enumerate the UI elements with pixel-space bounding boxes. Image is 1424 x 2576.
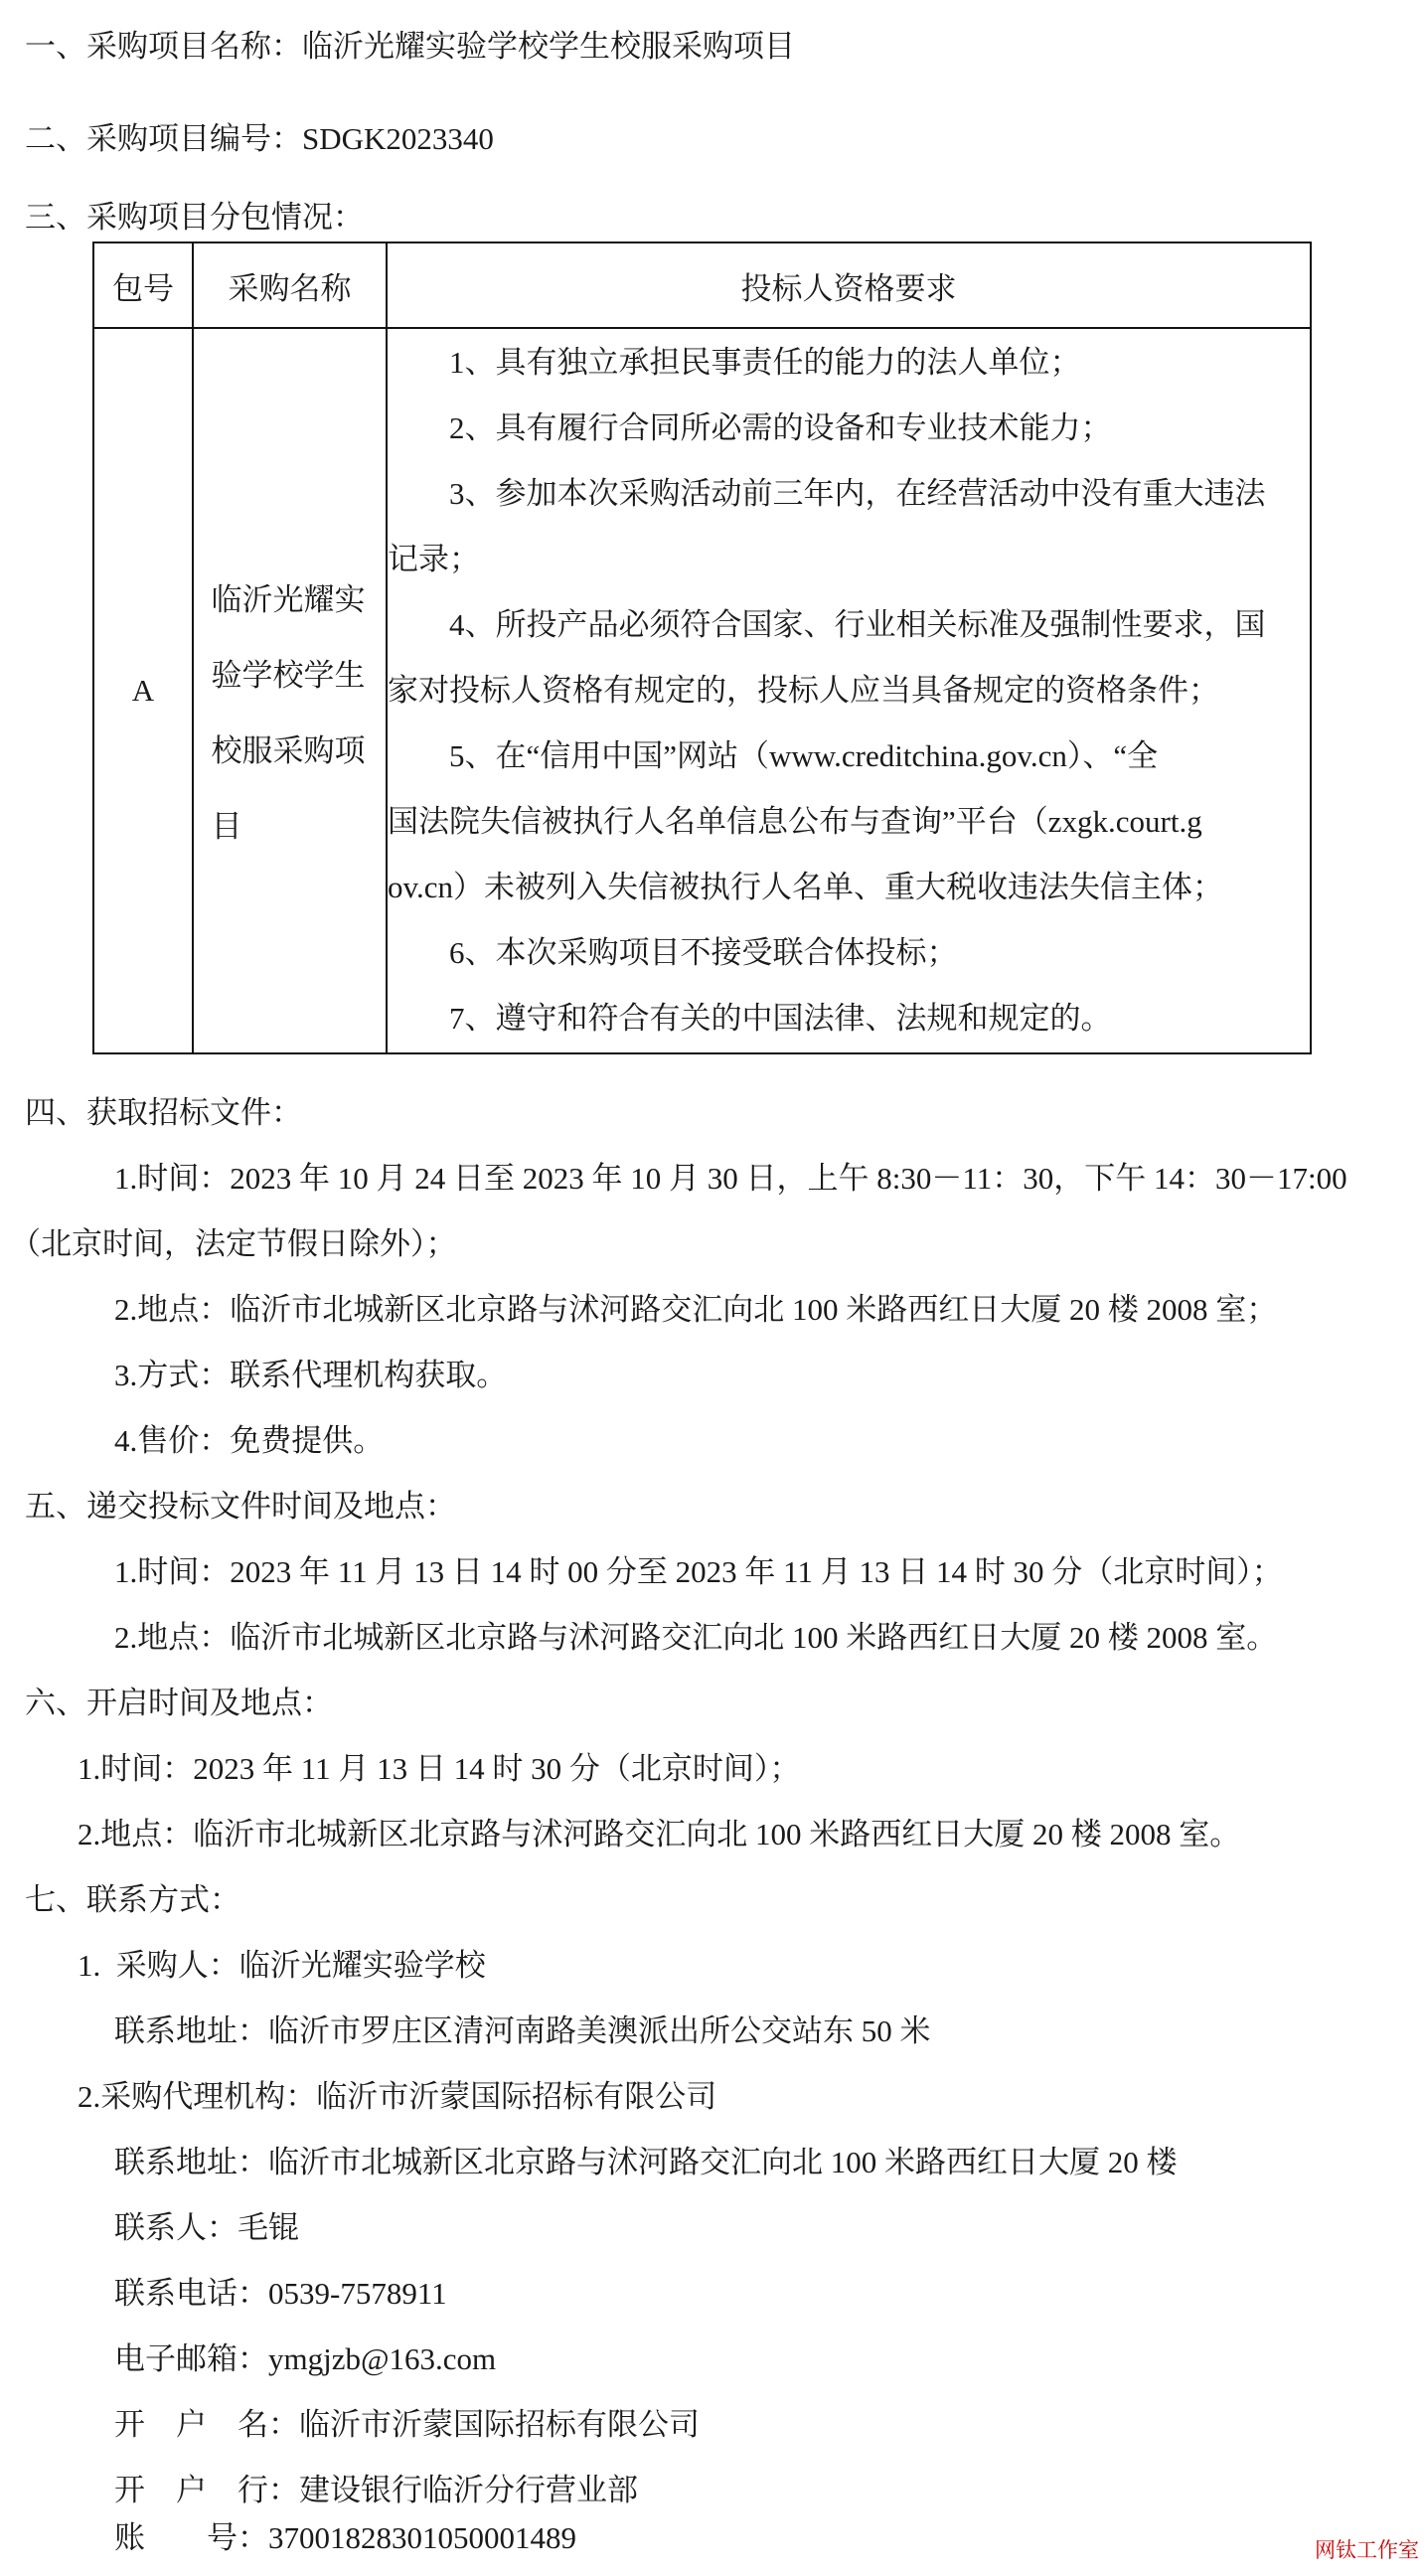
- qualification-line: 家对投标人资格有规定的，投标人应当具备规定的资格条件；: [388, 658, 1310, 724]
- qualification-line: 7、遵守和符合有关的中国法律、法规和规定的。: [388, 986, 1310, 1051]
- watermark: 网钛工作室: [1315, 2534, 1419, 2564]
- doc-acquisition-price: 4.售价：免费提供。: [25, 1408, 1399, 1474]
- section-7-heading: 七、联系方式：: [25, 1867, 1399, 1933]
- account-name-line: 开 户 名：临沂市沂蒙国际招标有限公司: [25, 2392, 1399, 2458]
- opening-time: 1.时间：2023 年 11 月 13 日 14 时 30 分（北京时间）；: [25, 1736, 1399, 1802]
- contact-person-line: 联系人：毛锟: [25, 2195, 1399, 2261]
- packages-heading: 三、采购项目分包情况：: [25, 190, 1399, 245]
- bid-submission-time: 1.时间：2023 年 11 月 13 日 14 时 00 分至 2023 年 …: [25, 1539, 1399, 1605]
- table-header-procurement-name: 采购名称: [193, 242, 387, 328]
- qualification-line: 5、在“信用中国”网站（www.creditchina.gov.cn）、“全: [388, 724, 1310, 789]
- tender-document: 一、采购项目名称：临沂光耀实验学校学生校服采购项目 二、采购项目编号：SDGK2…: [0, 0, 1424, 2571]
- qualification-line: 1、具有独立承担民事责任的能力的法人单位；: [388, 330, 1310, 396]
- qualification-line: 3、参加本次采购活动前三年内，在经营活动中没有重大违法: [388, 461, 1310, 527]
- project-number-line: 二、采购项目编号：SDGK2023340: [25, 104, 1399, 174]
- qualification-line: ov.cn）未被列入失信被执行人名单、重大税收违法失信主体；: [388, 855, 1310, 920]
- package-table: 包号 采购名称 投标人资格要求 A 临沂光耀实验学校学生校服采购项目 1、具有独…: [92, 241, 1312, 1054]
- agency-line: 2.采购代理机构：临沂市沂蒙国际招标有限公司: [25, 2064, 1399, 2130]
- purchaser-address-line: 联系地址：临沂市罗庄区清河南路美澳派出所公交站东 50 米: [25, 1999, 1399, 2064]
- qualification-line: 记录；: [388, 527, 1310, 592]
- procurement-name-cell: 临沂光耀实验学校学生校服采购项目: [193, 328, 387, 1053]
- doc-acquisition-time-note: （北京时间，法定节假日除外）；: [10, 1211, 1399, 1277]
- package-table-row: A 临沂光耀实验学校学生校服采购项目 1、具有独立承担民事责任的能力的法人单位；…: [93, 328, 1311, 1053]
- qualification-list: 1、具有独立承担民事责任的能力的法人单位； 2、具有履行合同所必需的设备和专业技…: [388, 330, 1310, 1051]
- section-4-heading: 四、获取招标文件：: [25, 1080, 1399, 1146]
- bid-submission-place: 2.地点：临沂市北城新区北京路与沭河路交汇向北 100 米路西红日大厦 20 楼…: [25, 1605, 1399, 1671]
- package-table-header-row: 包号 采购名称 投标人资格要求: [93, 242, 1311, 328]
- doc-acquisition-place: 2.地点：临沂市北城新区北京路与沭河路交汇向北 100 米路西红日大厦 20 楼…: [25, 1277, 1399, 1343]
- section-6-heading: 六、开启时间及地点：: [25, 1671, 1399, 1736]
- table-header-qualification: 投标人资格要求: [387, 242, 1311, 328]
- procurement-name-text: 临沂光耀实验学校学生校服采购项目: [212, 563, 369, 865]
- package-no-cell: A: [93, 328, 193, 1053]
- doc-acquisition-method: 3.方式：联系代理机构获取。: [25, 1343, 1399, 1408]
- contact-phone-line: 联系电话：0539-7578911: [25, 2261, 1399, 2327]
- qualification-line: 国法院失信被执行人名单信息公布与查询”平台（zxgk.court.g: [388, 789, 1310, 855]
- email-line: 电子邮箱：ymgjzb@163.com: [25, 2327, 1399, 2392]
- doc-acquisition-time: 1.时间：2023 年 10 月 24 日至 2023 年 10 月 30 日，…: [25, 1146, 1399, 1211]
- qualification-line: 6、本次采购项目不接受联合体投标；: [388, 920, 1310, 986]
- account-number-line: 账 号：37001828301050001489: [25, 2505, 1399, 2571]
- qualification-line: 2、具有履行合同所必需的设备和专业技术能力；: [388, 396, 1310, 461]
- table-header-package-no: 包号: [93, 242, 193, 328]
- agency-address-line: 联系地址：临沂市北城新区北京路与沭河路交汇向北 100 米路西红日大厦 20 楼: [25, 2130, 1399, 2195]
- opening-place: 2.地点：临沂市北城新区北京路与沭河路交汇向北 100 米路西红日大厦 20 楼…: [25, 1802, 1399, 1867]
- purchaser-line: 1. 采购人：临沂光耀实验学校: [25, 1933, 1399, 1999]
- project-name-line: 一、采购项目名称：临沂光耀实验学校学生校服采购项目: [25, 12, 1399, 81]
- qualification-cell: 1、具有独立承担民事责任的能力的法人单位； 2、具有履行合同所必需的设备和专业技…: [387, 328, 1311, 1053]
- qualification-line: 4、所投产品必须符合国家、行业相关标准及强制性要求，国: [388, 592, 1310, 658]
- section-5-heading: 五、递交投标文件时间及地点：: [25, 1474, 1399, 1539]
